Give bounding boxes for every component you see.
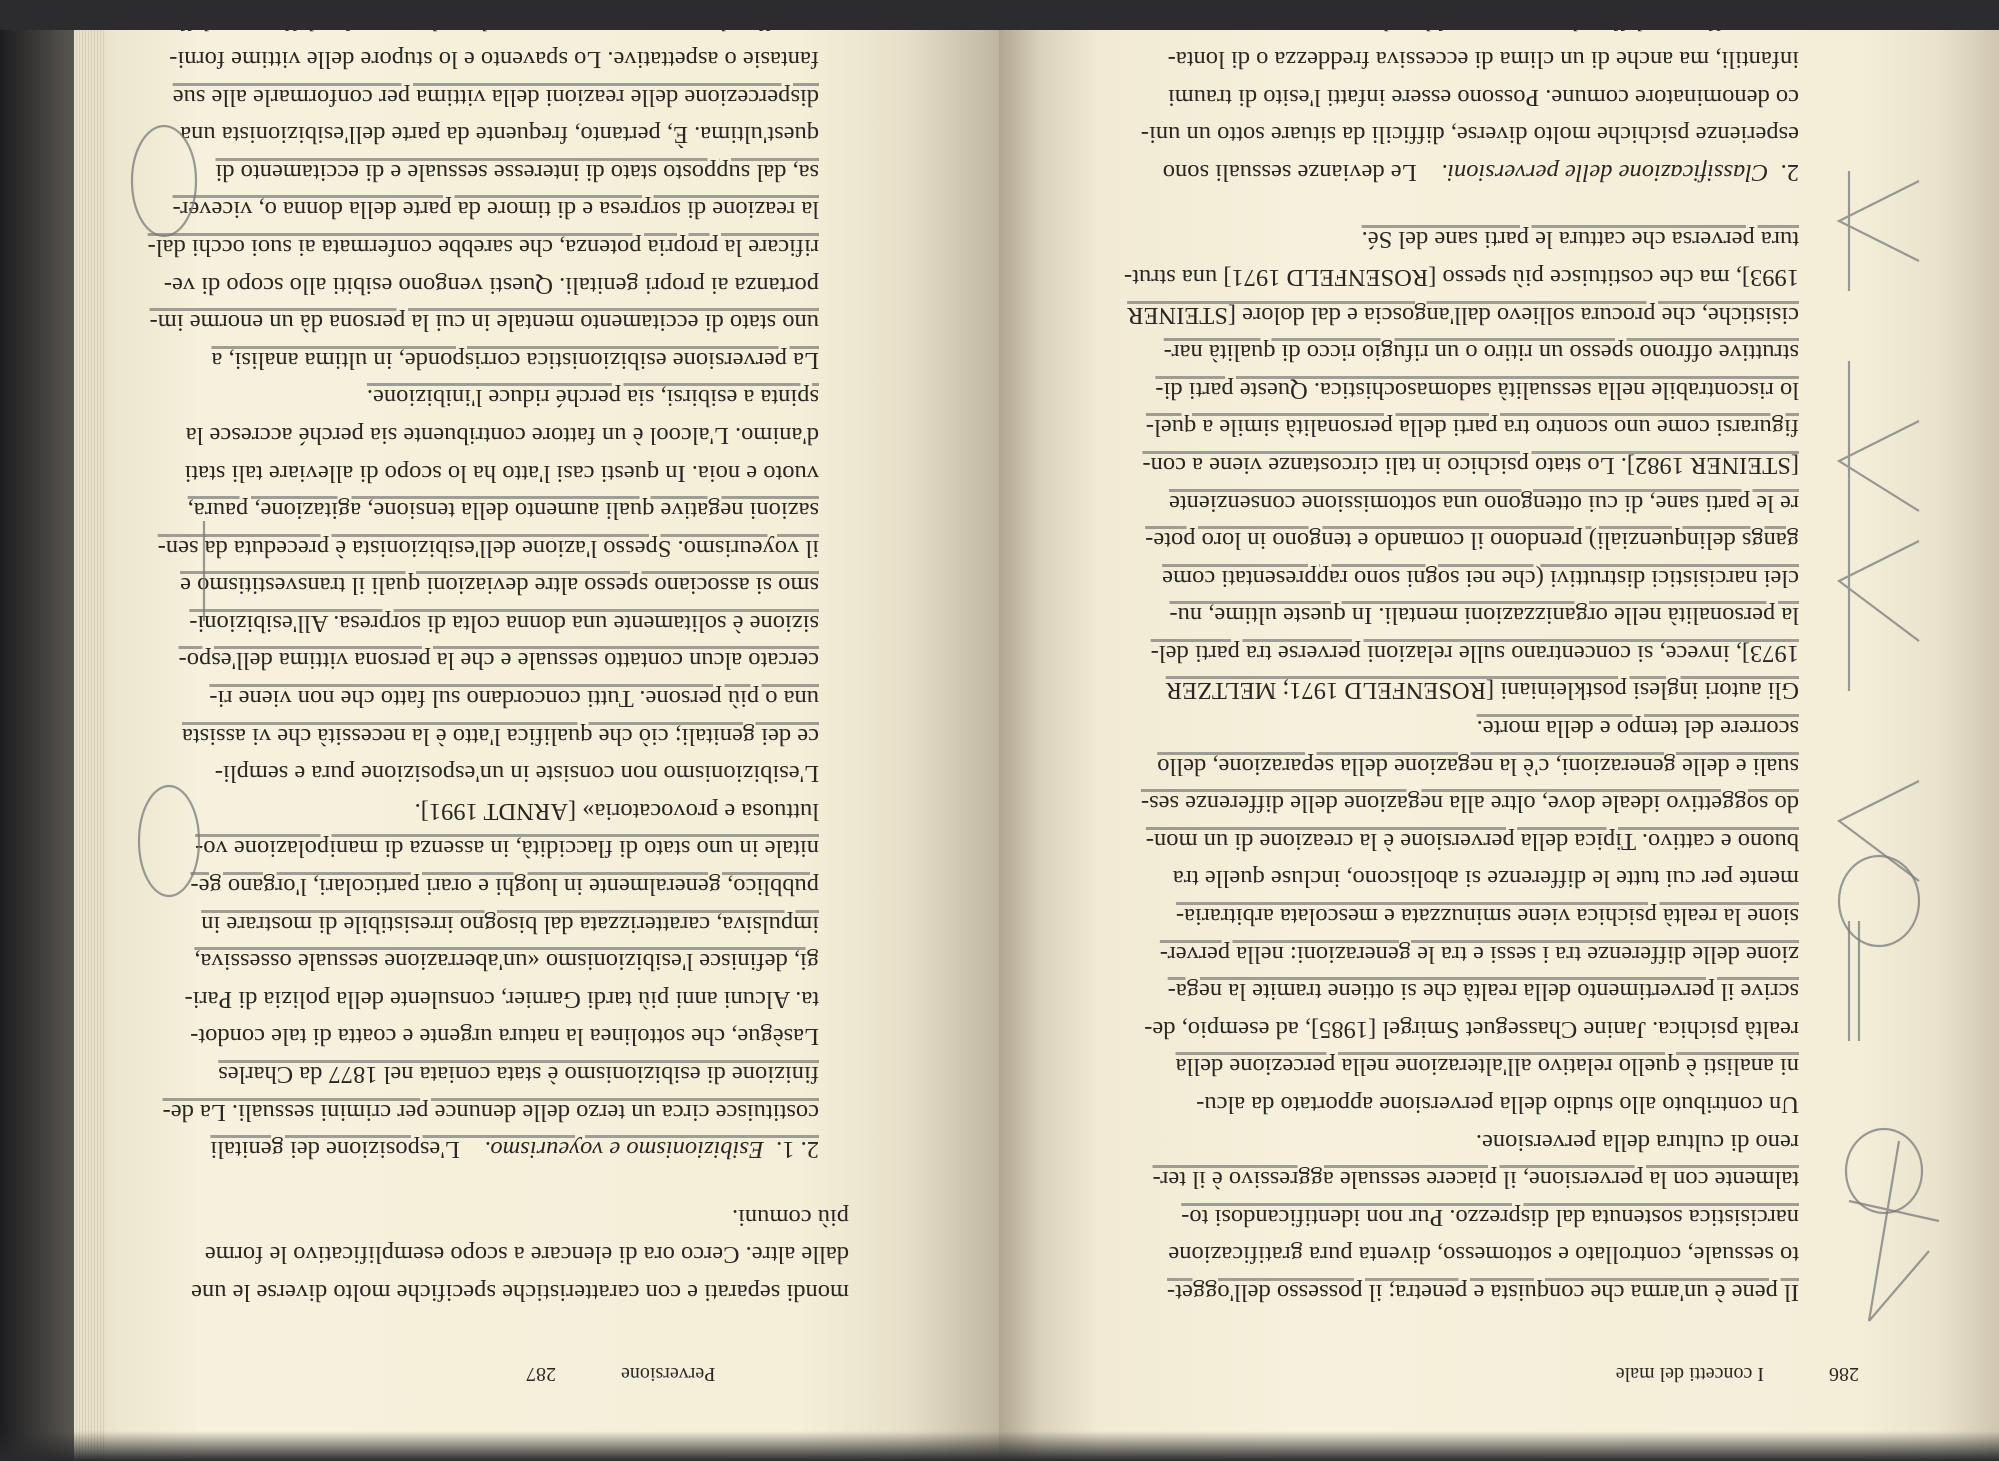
text-line: fantasie o aspettative. Lo spavento e lo…	[209, 40, 849, 78]
text-line: narcisistica sostenuta dal disprezzo. Pu…	[1069, 1198, 1829, 1236]
text-line: ce dei genitali; ciò che qualifica l'att…	[209, 717, 849, 755]
running-head-title: Perversione	[621, 1363, 715, 1385]
text-line: mondi separati e con caratteristiche spe…	[209, 1273, 849, 1311]
page-number: 286	[1829, 1363, 1859, 1385]
section-number: 2. 1.	[776, 1136, 819, 1163]
text-line: vuoto e noia. In questi casi l'atto ha l…	[209, 454, 849, 492]
text-line: smo si associano spesso altre deviazioni…	[209, 567, 849, 605]
text-line: sione la realtà psichica viene sminuzzat…	[1069, 897, 1829, 935]
text-line: re le parti sane, di cui ottengono una s…	[1069, 484, 1829, 522]
text-line: co denominatore comune. Possono essere i…	[1069, 78, 1829, 116]
text-line: Lasègue, che sottolinea la natura urgent…	[209, 1018, 849, 1056]
text-line: infantili, ma anche di un clima di ecces…	[1069, 40, 1829, 78]
section-paragraph: 2. 1. Esibizionismo e voyeurismo. L'espo…	[209, 792, 849, 1168]
text-line: la reazione di sorpresa e di timore da p…	[209, 191, 849, 229]
text-line: do soggettivo ideale dove, oltre alla ne…	[1069, 785, 1829, 823]
text-line: costituisce circa un terzo delle denunce…	[209, 1093, 849, 1131]
running-head-286: 286 I concetti del male	[1616, 1362, 1859, 1385]
text-line: gangs delinquenziali) prendono il comand…	[1069, 522, 1829, 560]
text-line: la personalità nelle organizzazioni ment…	[1069, 597, 1829, 635]
text-line: reno di cultura della perversione.	[1069, 1123, 1829, 1161]
text-line: il voyeurismo. Spesso l'azione dell'esib…	[209, 529, 849, 567]
text-line: gi, definisce l'esibizionismo «un'aberra…	[209, 943, 849, 981]
section-title: Esibizionismo e voyeurismo.	[484, 1136, 764, 1163]
background-surface	[0, 0, 1999, 30]
text-line: mente per cui tutte le differenze si abo…	[1069, 860, 1829, 898]
text-line: spinta a esibirsi, sia perché riduce l'i…	[209, 379, 849, 417]
page-286: 286 I concetti del male Il pene è un'arm…	[999, 30, 1999, 1461]
body-text-287: mondi separati e con caratteristiche spe…	[209, 0, 849, 1311]
text-line: pubblico, generalmente in luoghi e orari…	[209, 867, 849, 905]
text-line: d'animo. L'alcool è un fattore contribue…	[209, 416, 849, 454]
text-line: Gli autori inglesi postkleiniani [ROSENF…	[1069, 672, 1829, 710]
rotated-photo: 286 I concetti del male Il pene è un'arm…	[0, 0, 1999, 1461]
section-number: 2.	[1781, 159, 1799, 186]
text-line: zione delle differenze tra i sessi e tra…	[1069, 935, 1829, 973]
body-text-286: Il pene è un'arma che conquista e penetr…	[1069, 0, 1829, 1311]
paragraph: Il pene è un'arma che conquista e penetr…	[1069, 1123, 1829, 1311]
text-line: cisistiche, che procura sollievo dall'an…	[1069, 296, 1829, 334]
text-line: nitale in uno stato di flaccidità, in as…	[209, 830, 849, 868]
text-line: L'esposizione dei genitali	[210, 1136, 459, 1163]
text-line: più comuni.	[209, 1198, 849, 1236]
text-line: clei narcisistici distruttivi (che nei s…	[1069, 559, 1829, 597]
text-line: sa, dal supposto stato di interesse sess…	[209, 153, 849, 191]
book-cover-edge	[0, 0, 74, 1461]
text-line: sazioni negative quali aumento della ten…	[209, 492, 849, 530]
text-line: luttuosa e provocatoria» [ARNDT 1991].	[209, 792, 849, 830]
text-line: una o più persone. Tutti concordano sul …	[209, 680, 849, 718]
text-line: sizione è solitamente una donna colta di…	[209, 604, 849, 642]
text-line: suali e delle generazioni, c'è la negazi…	[1069, 747, 1829, 785]
paragraph: mondi separati e con caratteristiche spe…	[209, 1198, 849, 1311]
text-line: figurarsi come uno scontro tra parti del…	[1069, 409, 1829, 447]
text-line: lo riscontrabile nella sessualità sadoma…	[1069, 371, 1829, 409]
text-line: scrive il pervertimento della realtà che…	[1069, 973, 1829, 1011]
text-line: dalle altre. Cerco ora di elencare a sco…	[209, 1236, 849, 1274]
running-head-title: I concetti del male	[1616, 1363, 1764, 1385]
text-line: talmente con la perversione, il piacere …	[1069, 1161, 1829, 1199]
text-line: ta. Alcuni anni più tardi Garnier, consu…	[209, 980, 849, 1018]
text-line: rificare la propria potenza, che sarebbe…	[209, 228, 849, 266]
paragraph: Gli autori inglesi postkleiniani [ROSENF…	[1069, 221, 1829, 710]
text-line: [STEINER 1982]. Lo stato psichico in tal…	[1069, 446, 1829, 484]
text-line: La perversione esibizionistica corrispon…	[209, 341, 849, 379]
text-line: dispercezione delle reazioni della vitti…	[209, 78, 849, 116]
text-line: uno stato di eccitamento mentale in cui …	[209, 304, 849, 342]
page-block-edge	[74, 30, 106, 1461]
text-line: impulsiva, caratterizzata dal bisogno ir…	[209, 905, 849, 943]
running-head-287: Perversione 287	[526, 1362, 715, 1385]
page-287: Perversione 287 mondi separati e con car…	[106, 30, 999, 1461]
text-line: 1973], invece, si concentrano sulle rela…	[1069, 634, 1829, 672]
text-line: 1993], ma che costituisce più spesso [RO…	[1069, 258, 1829, 296]
text-line: realtà psichica. Janine Chasseguet Smirg…	[1069, 1010, 1829, 1048]
text-line: tura perversa che cattura le parti sane …	[1069, 221, 1829, 259]
section-title: Classificazione delle perversioni.	[1441, 159, 1768, 186]
page-number: 287	[526, 1363, 556, 1385]
text-line: Le devianze sessuali sono	[1163, 159, 1417, 186]
text-line: cercato alcun contatto sessuale e che la…	[209, 642, 849, 680]
text-line: Il pene è un'arma che conquista e penetr…	[1069, 1273, 1829, 1311]
text-line: ni analisti è quello relativo all'altera…	[1069, 1048, 1829, 1086]
pencil-arrow-icon	[1849, 1141, 1939, 1321]
paragraph: Un contributo allo studio della perversi…	[1069, 710, 1829, 1124]
text-line: to sessuale, controllato e sottomesso, d…	[1069, 1236, 1829, 1274]
paragraph: L'esibizionismo non consiste in un'espos…	[209, 379, 849, 793]
pencil-margin-marks-286	[1819, 137, 1959, 1341]
paragraph: La perversione esibizionistica corrispon…	[209, 0, 849, 379]
text-line: finizione di esibizionismo è stata conia…	[209, 1055, 849, 1093]
shadow	[0, 1431, 1999, 1461]
open-book: 286 I concetti del male Il pene è un'arm…	[0, 0, 1999, 1461]
text-line: portanza ai propri genitali. Questi veng…	[209, 266, 849, 304]
text-line: esperienze psichiche molto diverse, diff…	[1069, 116, 1829, 154]
text-line: struttive offrono spesso un ritiro o un …	[1069, 334, 1829, 372]
text-line: Un contributo allo studio della perversi…	[1069, 1085, 1829, 1123]
text-line: buono e cattivo. Tipica della perversion…	[1069, 822, 1829, 860]
text-line: scorrere del tempo e della morte.	[1069, 710, 1829, 748]
text-line: quest'ultima. È, pertanto, frequente da …	[209, 116, 849, 154]
text-line: L'esibizionismo non consiste in un'espos…	[209, 755, 849, 793]
